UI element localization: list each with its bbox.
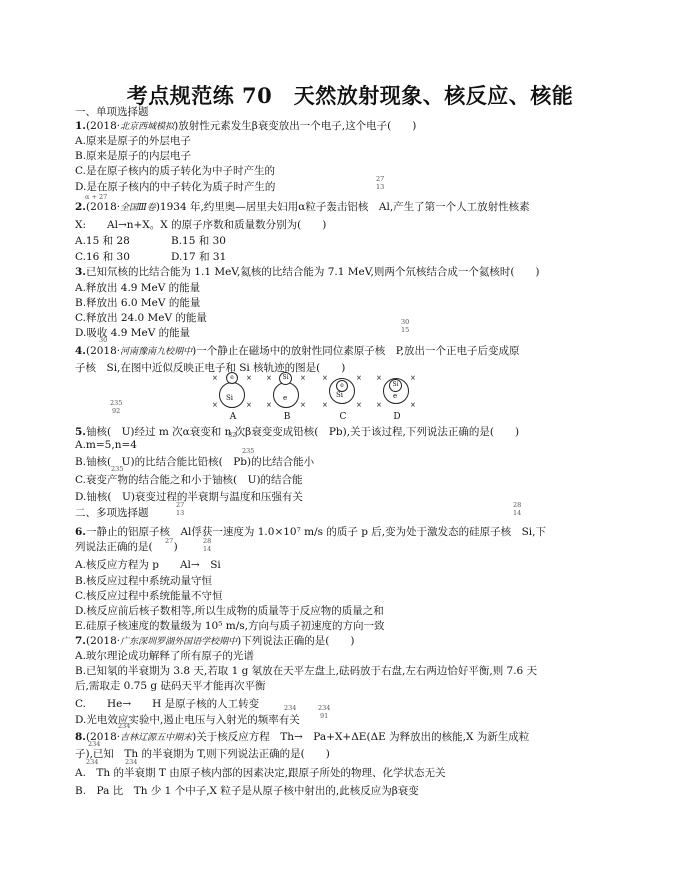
figure-a: × × × × e Si A — [210, 372, 256, 422]
q5-option-c: C.衰变产物的结合能之和小于铀核( U)的结合能 — [75, 474, 303, 487]
superscript-th-mass: 234 — [118, 723, 130, 730]
q5-option-a: A.m=5,n=4 — [75, 439, 137, 452]
q6-option-d: D.核反应前后核子数相等,所以生成物的质量等于反应物的质量之和 — [75, 605, 384, 618]
source-prefix: (2018· — [86, 120, 120, 132]
field-mark: × — [212, 402, 218, 409]
question-6-stem-cont: 列说法正确的是( ) — [75, 541, 178, 554]
superscript-al-mass: 27 — [176, 502, 184, 509]
figure-caption: B — [264, 412, 310, 422]
question-source: 河南豫南九校期中 — [120, 347, 192, 357]
source-prefix: (2018· — [86, 635, 120, 647]
field-mark: × — [356, 402, 362, 409]
q6-option-e: E.硅原子核速度的数量级为 10⁵ m/s,方向与质子初速度的方向一致 — [75, 620, 384, 633]
question-source: 全国Ⅲ卷 — [120, 203, 156, 213]
question-6-stem: 6.一静止的铝原子核 Al俘获一速度为 1.0×10⁷ m/s 的质子 p 后,… — [75, 526, 546, 539]
question-text: )关于核反应方程 Th→ Pa+X+ΔE(ΔE 为释放出的核能,X 为新生成粒 — [192, 731, 529, 743]
q2-option-c: C.16 和 30 — [75, 251, 130, 264]
small-orbit: e — [226, 372, 238, 384]
large-orbit-label: Si — [226, 394, 233, 402]
question-text: 已知氘核的比结合能为 1.1 MeV,氦核的比结合能为 7.1 MeV,则两个氘… — [86, 266, 540, 278]
superscript-si-mass: 28 — [203, 538, 211, 545]
q2-option-a: A.15 和 28 — [75, 235, 130, 248]
field-mark: × — [246, 375, 252, 382]
large-orbit-label: Si — [336, 391, 343, 399]
q6-option-a: A.核反应方程为 p Al→ Si — [75, 559, 221, 572]
superscript-al-mass: 27 — [165, 538, 173, 545]
field-mark: × — [376, 375, 382, 382]
field-mark: × — [300, 375, 306, 382]
superscript-u-mass: 235 — [111, 466, 123, 473]
section-single-choice: 一、单项选择题 — [75, 106, 149, 119]
question-source: 广东深圳罗湖外国语学校期中 — [120, 637, 237, 647]
subscript-pa-atomic: 91 — [320, 713, 328, 720]
question-number: 5. — [75, 426, 86, 438]
question-text: 一静止的铝原子核 Al俘获一速度为 1.0×10⁷ m/s 的质子 p 后,变为… — [86, 526, 546, 538]
question-source: 北京西城模拟 — [120, 122, 174, 132]
question-number: 1. — [75, 120, 86, 132]
section-multiple-choice: 二、多项选择题 — [75, 507, 149, 520]
question-text: )一个静止在磁场中的放射性同位素原子核 P,放出一个正电子后变成原 — [192, 345, 519, 357]
q8-option-a: A. Th 的半衰期 T 由原子核内部的因素决定,跟原子所处的物理、化学状态无关 — [75, 767, 446, 780]
superscript-alpha: α + 27 — [85, 194, 107, 201]
question-text: )放射性元素发生β衰变放出一个电子,这个电子( ) — [174, 120, 416, 132]
subscript-si-atomic: 14 — [513, 510, 521, 517]
superscript-u-mass: 235 — [110, 400, 122, 407]
q3-option-b: B.释放出 6.0 MeV 的能量 — [75, 297, 200, 310]
q3-option-a: A.释放出 4.9 MeV 的能量 — [75, 282, 200, 295]
field-mark: × — [376, 402, 382, 409]
question-3-stem: 3.已知氘核的比结合能为 1.1 MeV,氦核的比结合能为 7.1 MeV,则两… — [75, 266, 540, 279]
q1-option-c: C.是在原子核内的质子转化为中子时产生的 — [75, 165, 275, 178]
question-number: 4. — [75, 345, 86, 357]
superscript-u-mass: 235 — [242, 448, 254, 455]
question-8-stem-cont: 子),已知 Th 的半衰期为 T,则下列说法正确的是( ) — [75, 748, 330, 761]
superscript-th-mass: 234 — [88, 741, 100, 748]
source-prefix: (2018· — [86, 201, 120, 213]
figure-c: × × × × e Si C — [320, 372, 366, 422]
field-mark: × — [356, 375, 362, 382]
field-mark: × — [410, 402, 416, 409]
field-mark: × — [266, 375, 272, 382]
q5-option-d: D.铀核( U)衰变过程的半衰期与温度和压强有关 — [75, 491, 303, 504]
q6-option-c: C.核反应过程中系统能量不守恒 — [75, 590, 223, 603]
question-number: 6. — [75, 526, 86, 538]
subscript-u-atomic: 92 — [112, 408, 120, 415]
subscript-si-atomic: 14 — [203, 546, 211, 553]
figure-caption: C — [320, 412, 366, 422]
q7-option-d: D.光电效应实验中,遏止电压与入射光的频率有关 — [75, 714, 300, 727]
field-mark: × — [300, 402, 306, 409]
large-orbit-label: e — [393, 392, 397, 400]
figure-d: × × × × Si e D — [374, 372, 420, 422]
field-mark: × — [212, 375, 218, 382]
superscript-th-mass: 234 — [284, 705, 296, 712]
superscript-al-mass: 27 — [376, 176, 384, 183]
subscript-p-atomic: 15 — [401, 327, 409, 334]
figure-caption: A — [210, 412, 256, 422]
subscript-al-atomic: 13 — [376, 184, 384, 191]
field-mark: × — [266, 402, 272, 409]
q7-option-c: C. He→ H 是原子核的人工转变 — [75, 698, 259, 711]
subscript-al-atomic: 13 — [176, 510, 184, 517]
q7-option-b: B.已知氡的半衰期为 3.8 天,若取 1 g 氡放在天平左盘上,砝码放于右盘,… — [75, 665, 537, 678]
q7-option-b-cont: 后,需取走 0.75 g 砝码天平才能再次平衡 — [75, 680, 265, 693]
q1-option-a: A.原来是原子的外层电子 — [75, 135, 191, 148]
question-7-stem: 7.(2018·广东深圳罗湖外国语学校期中)下列说法正确的是( ) — [75, 635, 354, 649]
question-number: 2. — [75, 201, 86, 213]
superscript-th-mass: 234 — [86, 759, 98, 766]
question-text: )1934 年,约里奥—居里夫妇用α粒子轰击铝核 Al,产生了第一个人工放射性核… — [156, 201, 530, 213]
field-mark: × — [322, 402, 328, 409]
q3-option-d: D.吸收 4.9 MeV 的能量 — [75, 327, 190, 340]
superscript-p-mass: 30 — [401, 319, 409, 326]
small-orbit: Si — [279, 372, 292, 385]
question-8-stem: 8.(2018·吉林辽源五中期末)关于核反应方程 Th→ Pa+X+ΔE(ΔE … — [75, 731, 529, 745]
question-text: 铀核( U)经过 m 次α衰变和 n 次β衰变变成铅核( Pb),关于该过程,下… — [86, 426, 519, 438]
q3-option-c: C.释放出 24.0 MeV 的能量 — [75, 312, 207, 325]
orbit-diagram: × × × × e Si A × × × × Si e B × × × × e — [210, 372, 420, 422]
field-mark: × — [322, 375, 328, 382]
subscript-pb-atomic: 82 — [228, 432, 236, 439]
question-4-stem: 4.(2018·河南豫南九校期中)一个静止在磁场中的放射性同位素原子核 P,放出… — [75, 345, 520, 359]
q8-option-b: B. Pa 比 Th 少 1 个中子,X 粒子是从原子核中射出的,此核反应为β衰… — [75, 785, 419, 798]
question-2-stem: 2.(2018·全国Ⅲ卷)1934 年,约里奥—居里夫妇用α粒子轰击铝核 Al,… — [75, 201, 530, 215]
superscript-si-mass: 28 — [513, 502, 521, 509]
superscript-pa-mass: 234 — [125, 759, 137, 766]
question-number: 3. — [75, 266, 86, 278]
figure-caption: D — [374, 412, 420, 422]
q2-option-b: B.15 和 30 — [171, 235, 226, 248]
q7-option-a: A.玻尔理论成功解释了所有原子的光谱 — [75, 650, 254, 663]
large-orbit-label: e — [283, 394, 287, 402]
superscript-pa-mass: 234 — [318, 705, 330, 712]
q6-option-b: B.核反应过程中系统动量守恒 — [75, 575, 212, 588]
question-1-stem: 1.(2018·北京西城模拟)放射性元素发生β衰变放出一个电子,这个电子( ) — [75, 120, 416, 134]
question-2-stem-cont: X: Al→n+X。X 的原子序数和质量数分别为( ) — [75, 219, 326, 232]
question-number: 7. — [75, 635, 86, 647]
q1-option-b: B.原来是原子的内层电子 — [75, 150, 191, 163]
question-5-stem: 5.铀核( U)经过 m 次α衰变和 n 次β衰变变成铅核( Pb),关于该过程… — [75, 426, 519, 439]
exam-page: 考点规范练 70 天然放射现象、核反应、核能 一、单项选择题 1.(2018·北… — [0, 0, 700, 877]
field-mark: × — [246, 402, 252, 409]
question-number: 8. — [75, 731, 86, 743]
small-orbit: Si — [389, 379, 402, 392]
q2-option-d: D.17 和 31 — [171, 251, 226, 264]
figure-b: × × × × Si e B — [264, 372, 310, 422]
source-prefix: (2018· — [86, 345, 120, 357]
question-source: 吉林辽源五中期末 — [120, 733, 192, 743]
superscript-si-mass: 30 — [99, 337, 107, 344]
field-mark: × — [410, 375, 416, 382]
question-text: )下列说法正确的是( ) — [237, 635, 354, 647]
